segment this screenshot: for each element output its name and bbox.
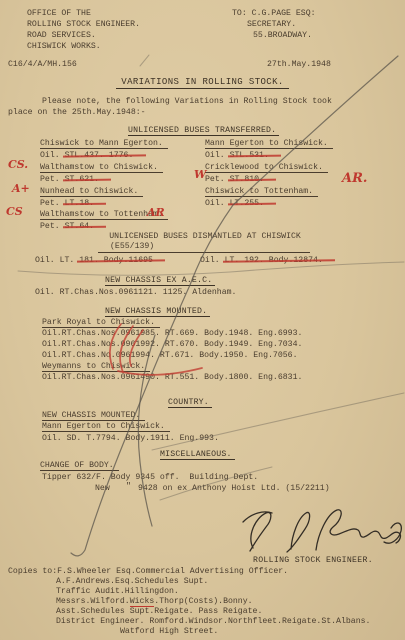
fleet-detail: Oil. STL.437. 1776. <box>40 151 133 162</box>
fleet-detail: Pet. LT.18. <box>40 199 94 210</box>
copies-label: Copies to: <box>8 567 57 576</box>
addressee-line-1: TO: C.G.PAGE ESQ: <box>232 9 316 20</box>
fleet-detail: Pet. ST.621. <box>40 175 99 186</box>
fleet-detail: Pet. ST.64. <box>40 222 94 233</box>
margin-annotation-w: W <box>194 168 206 181</box>
dismantled-subheading: (E55/139) <box>110 242 154 253</box>
misc-line-2-rest: 9428 on ex Anthony Hoist Ltd. (15/2211) <box>138 484 330 495</box>
signatory-title: ROLLING STOCK ENGINEER. <box>253 556 373 567</box>
new-chassis-ex-heading: NEW CHASSIS EX A.E.C. <box>105 276 215 286</box>
margin-annotation-ar2: AR. <box>342 171 367 186</box>
fleet-number-struck: STL.437. 1776. <box>65 151 134 160</box>
addressee-line-2: SECRETARY. <box>247 20 296 31</box>
route-label: Park Royal to Chiswick. <box>42 318 160 328</box>
route-label: Mann Egerton to Chiswick. <box>205 139 333 149</box>
intro-line-1: Please note, the following Variations in… <box>42 97 332 108</box>
country-heading: COUNTRY. <box>168 398 212 408</box>
fleet-detail: Pet. ST.810. <box>205 175 264 186</box>
route-label: Nunhead to Chiswick. <box>40 187 143 197</box>
reference-number: C16/4/A/MH.156 <box>8 60 77 71</box>
copies-line-part: .Thorp(Costs).Bonny. <box>154 597 252 606</box>
scanned-letter-page: OFFICE OF THE ROLLING STOCK ENGINEER. RO… <box>0 0 405 640</box>
new-chassis-ex-line: Oil. RT.Chas.Nos.0961121. 1125. Aldenham… <box>35 288 236 299</box>
fleet-prefix: Oil. <box>40 151 65 160</box>
margin-annotation-ar1: AR <box>147 206 165 219</box>
chassis-line: Oil.RT.Chas.Nos.0961985. RT.669. Body.19… <box>42 329 302 340</box>
fleet-detail: Oil. STL.531. <box>205 151 269 162</box>
office-line-2: ROLLING STOCK ENGINEER. <box>27 20 140 31</box>
transferred-heading: UNLICENSED BUSES TRANSFERRED. <box>128 126 279 136</box>
fleet-number-struck: LT. 192. Body.12874. <box>225 256 323 265</box>
copies-line: Traffic Audit.Hillingdon. <box>56 587 179 598</box>
chassis-line: Oil.RT.Chas.Nos.0961490. RT.551. Body.18… <box>42 373 302 384</box>
copies-line: Watford High Street. <box>120 627 218 638</box>
fleet-prefix: Oil. <box>200 256 225 265</box>
chassis-line: Oil.RT.Chas.No.0961994. RT.671. Body.195… <box>42 351 298 362</box>
route-label: Mann Egerton to Chiswick. <box>42 422 170 432</box>
misc-line-2-new: New <box>95 484 110 495</box>
fleet-number-struck: ST.621. <box>65 175 99 184</box>
misc-line-1: Tipper 632/F. Body 9345 off. Building De… <box>42 473 258 484</box>
fleet-detail: Oil. LT.255. <box>205 199 264 210</box>
miscellaneous-heading: MISCELLANEOUS. <box>160 450 235 460</box>
route-label: Walthamstow to Chiswick. <box>40 163 163 173</box>
document-title: VARIATIONS IN ROLLING STOCK. <box>116 77 288 89</box>
change-of-body-heading: CHANGE OF BODY. <box>40 461 119 471</box>
fleet-prefix: Oil. <box>205 151 230 160</box>
fleet-number-struck: LT.255. <box>230 199 264 208</box>
copies-line: A.F.Andrews.Esq.Schedules Supt. <box>56 577 208 588</box>
ditto-mark: " <box>126 482 131 493</box>
chassis-line: Oil.RT.Chas.Nos.0961992. RT.670. Body.19… <box>42 340 302 351</box>
fleet-number-struck: ST.810. <box>230 175 264 184</box>
fleet-number-struck: 181. Body.11695 <box>79 256 153 265</box>
dismantled-entry-2: Oil. LT. 192. Body.12874. <box>200 256 323 267</box>
new-chassis-mounted-heading: NEW CHASSIS MOUNTED. <box>105 307 210 317</box>
copies-line: F.S.Wheeler Esq.Commercial Advertising O… <box>57 567 288 576</box>
transferred-heading-row: UNLICENSED BUSES TRANSFERRED. <box>128 126 279 137</box>
dismantled-entry-1: Oil. LT. 181. Body.11695 <box>35 256 153 267</box>
document-title-row: VARIATIONS IN ROLLING STOCK. <box>0 77 405 89</box>
dismantled-underline-rule <box>98 252 310 253</box>
route-label: Weymanns to Chiswick. <box>42 362 150 372</box>
copies-row-1: Copies to:F.S.Wheeler Esq.Commercial Adv… <box>8 567 288 578</box>
office-line-1: OFFICE OF THE <box>27 9 91 20</box>
copies-line: Messrs.Wilford.Wicks.Thorp(Costs).Bonny. <box>56 597 253 608</box>
fleet-prefix: Pet. <box>40 175 65 184</box>
fleet-prefix: Oil. <box>205 199 230 208</box>
margin-annotation-cs1: CS. <box>8 158 28 171</box>
route-label: Chiswick to Tottenham. <box>205 187 318 197</box>
addressee-line-3: 55.BROADWAY. <box>253 31 312 42</box>
office-line-4: CHISWICK WORKS. <box>27 42 101 53</box>
route-label: Cricklewood to Chiswick. <box>205 163 328 173</box>
fleet-prefix: Pet. <box>40 199 65 208</box>
fleet-number-struck: LT.18. <box>65 199 94 208</box>
chassis-line: Oil. SD. T.7794. Body.1911. Eng.993. <box>42 434 219 445</box>
margin-annotation-cs2: CS <box>6 205 23 218</box>
intro-line-2: place on the 25th.May.1948:- <box>8 108 146 119</box>
office-line-3: ROAD SERVICES. <box>27 31 96 42</box>
copies-line-wicks-marked: Wicks <box>130 597 155 607</box>
fleet-prefix: Oil. LT. <box>35 256 79 265</box>
copies-line-part: Messrs.Wilford. <box>56 597 130 606</box>
country-subheading: NEW CHASSIS MOUNTED. <box>42 411 145 421</box>
copies-line: Asst.Schedules Supt.Reigate. Pass Reigat… <box>56 607 262 618</box>
fleet-number-struck: ST.64. <box>65 222 94 231</box>
fleet-number-struck: STL.531. <box>230 151 269 160</box>
copies-line: District Engineer. Romford.Windsor.North… <box>56 617 370 628</box>
fleet-prefix: Pet. <box>40 222 65 231</box>
fleet-prefix: Pet. <box>205 175 230 184</box>
dismantled-heading: UNLICENSED BUSES DISMANTLED AT CHISWICK <box>30 232 380 243</box>
margin-annotation-ah: A+ <box>12 182 30 195</box>
letter-date: 27th.May.1948 <box>267 60 331 71</box>
route-label: Chiswick to Mann Egerton. <box>40 139 168 149</box>
